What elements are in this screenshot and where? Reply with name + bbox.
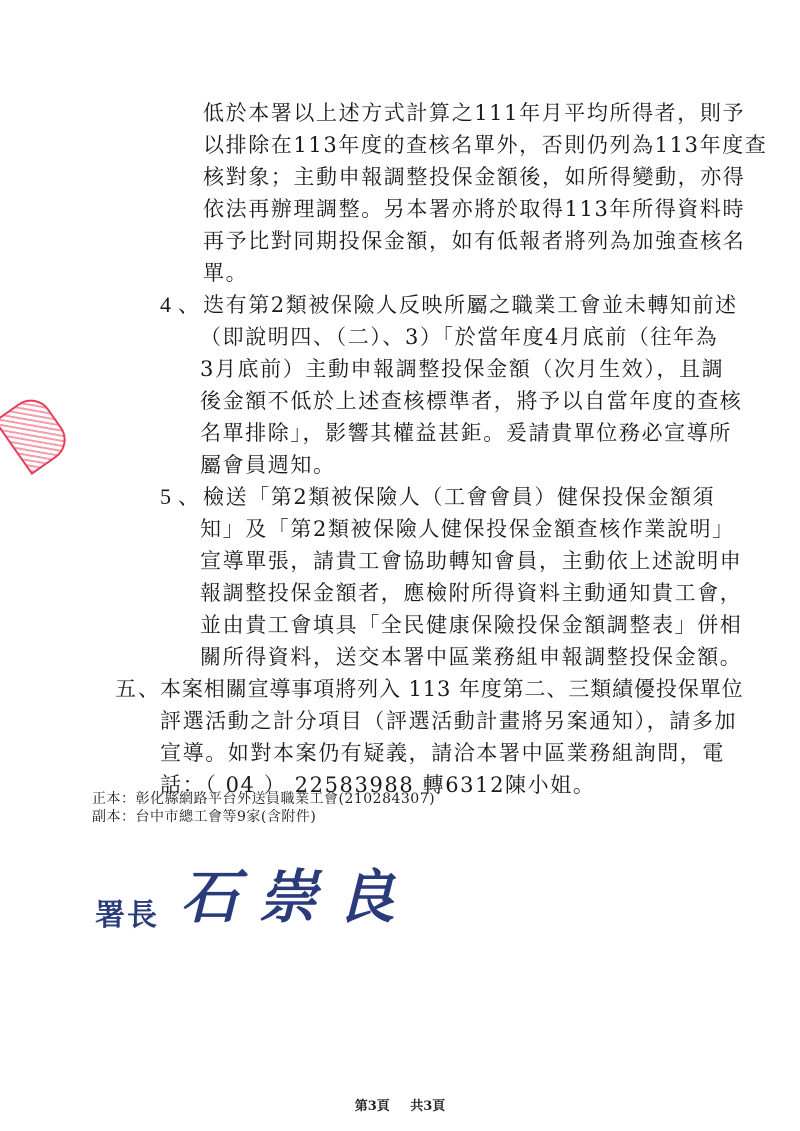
paragraph-line: 單。 [203, 260, 248, 286]
paragraph-line: 名單排除」，影響其權益甚鉅。爰請貴單位務必宣導所 [200, 420, 732, 446]
page-number: 第3頁 [355, 1099, 390, 1114]
paragraph-line: 依法再辦理調整。另本署亦將於取得113年所得資料時 [203, 196, 745, 222]
paragraph-line: 迭有第2類被保險人反映所屬之職業工會並未轉知前述 [203, 292, 738, 318]
paragraph-line: 宣導。如對本案仍有疑義，請洽本署中區業務組詢問，電 [160, 740, 725, 766]
paragraph-line: 再予比對同期投保金額，如有低報者將列為加強查核名 [203, 228, 745, 254]
signature-block: 署長 石崇良 [95, 850, 415, 934]
paragraph-line: 檢送「第2類被保險人（工會會員）健保投保金額須 [203, 484, 715, 510]
item-number: 4 [160, 292, 171, 318]
copy-recipients: 副本：台中市總工會等9家(含附件) [92, 808, 316, 826]
paragraph-line: 以排除在113年度的查核名單外，否則仍列為113年度查 [203, 132, 767, 158]
paragraph-line: （即說明四、（二）、3）「於當年度4月底前（往年為 [200, 324, 718, 350]
paragraph-line: 3月底前）主動申報調整投保金額（次月生效），且調 [200, 356, 724, 382]
paragraph-line: 後金額不低於上述查核標準者，將予以自當年度的查核 [200, 388, 742, 414]
item-separator: 、 [178, 292, 201, 318]
paragraph-line: 核對象；主動申報調整投保金額後，如所得變動，亦得 [203, 164, 745, 190]
signature-name: 石崇良 [181, 863, 415, 931]
page-footer: 第3頁 共3頁 [0, 1095, 800, 1114]
paragraph-line: 關所得資料，送交本署中區業務組申報調整投保金額。 [200, 644, 742, 670]
signature-title: 署長 [95, 898, 159, 933]
original-recipient: 正本：彰化縣網路平台外送員職業工會(210284307) [92, 790, 435, 808]
paragraph-line: 屬會員週知。 [200, 452, 336, 478]
item-separator: 、 [178, 484, 201, 510]
paragraph-line: 報調整投保金額者，應檢附所得資料主動通知貴工會， [200, 580, 742, 606]
item-number: 5 [160, 484, 171, 510]
paragraph-line: 低於本署以上述方式計算之111年月平均所得者，則予 [203, 100, 745, 126]
paragraph-line: 本案相關宣導事項將列入 113 年度第二、三類績優投保單位 [160, 676, 744, 702]
paragraph-line: 並由貴工會填具「全民健康保險投保金額調整表」併相 [200, 612, 742, 638]
section-number: 五 [115, 676, 138, 702]
paragraph-line: 評選活動之計分項目（評選活動計畫將另案通知），請多加 [160, 708, 737, 734]
paragraph-line: 知」及「第2類被保險人健保投保金額查核作業說明」 [200, 516, 735, 542]
section-separator: 、 [138, 676, 161, 702]
paragraph-line: 宣導單張，請貴工會協助轉知會員，主動依上述說明申 [200, 548, 742, 574]
page-total: 共3頁 [410, 1099, 445, 1114]
page-seal-stamp [0, 391, 74, 475]
